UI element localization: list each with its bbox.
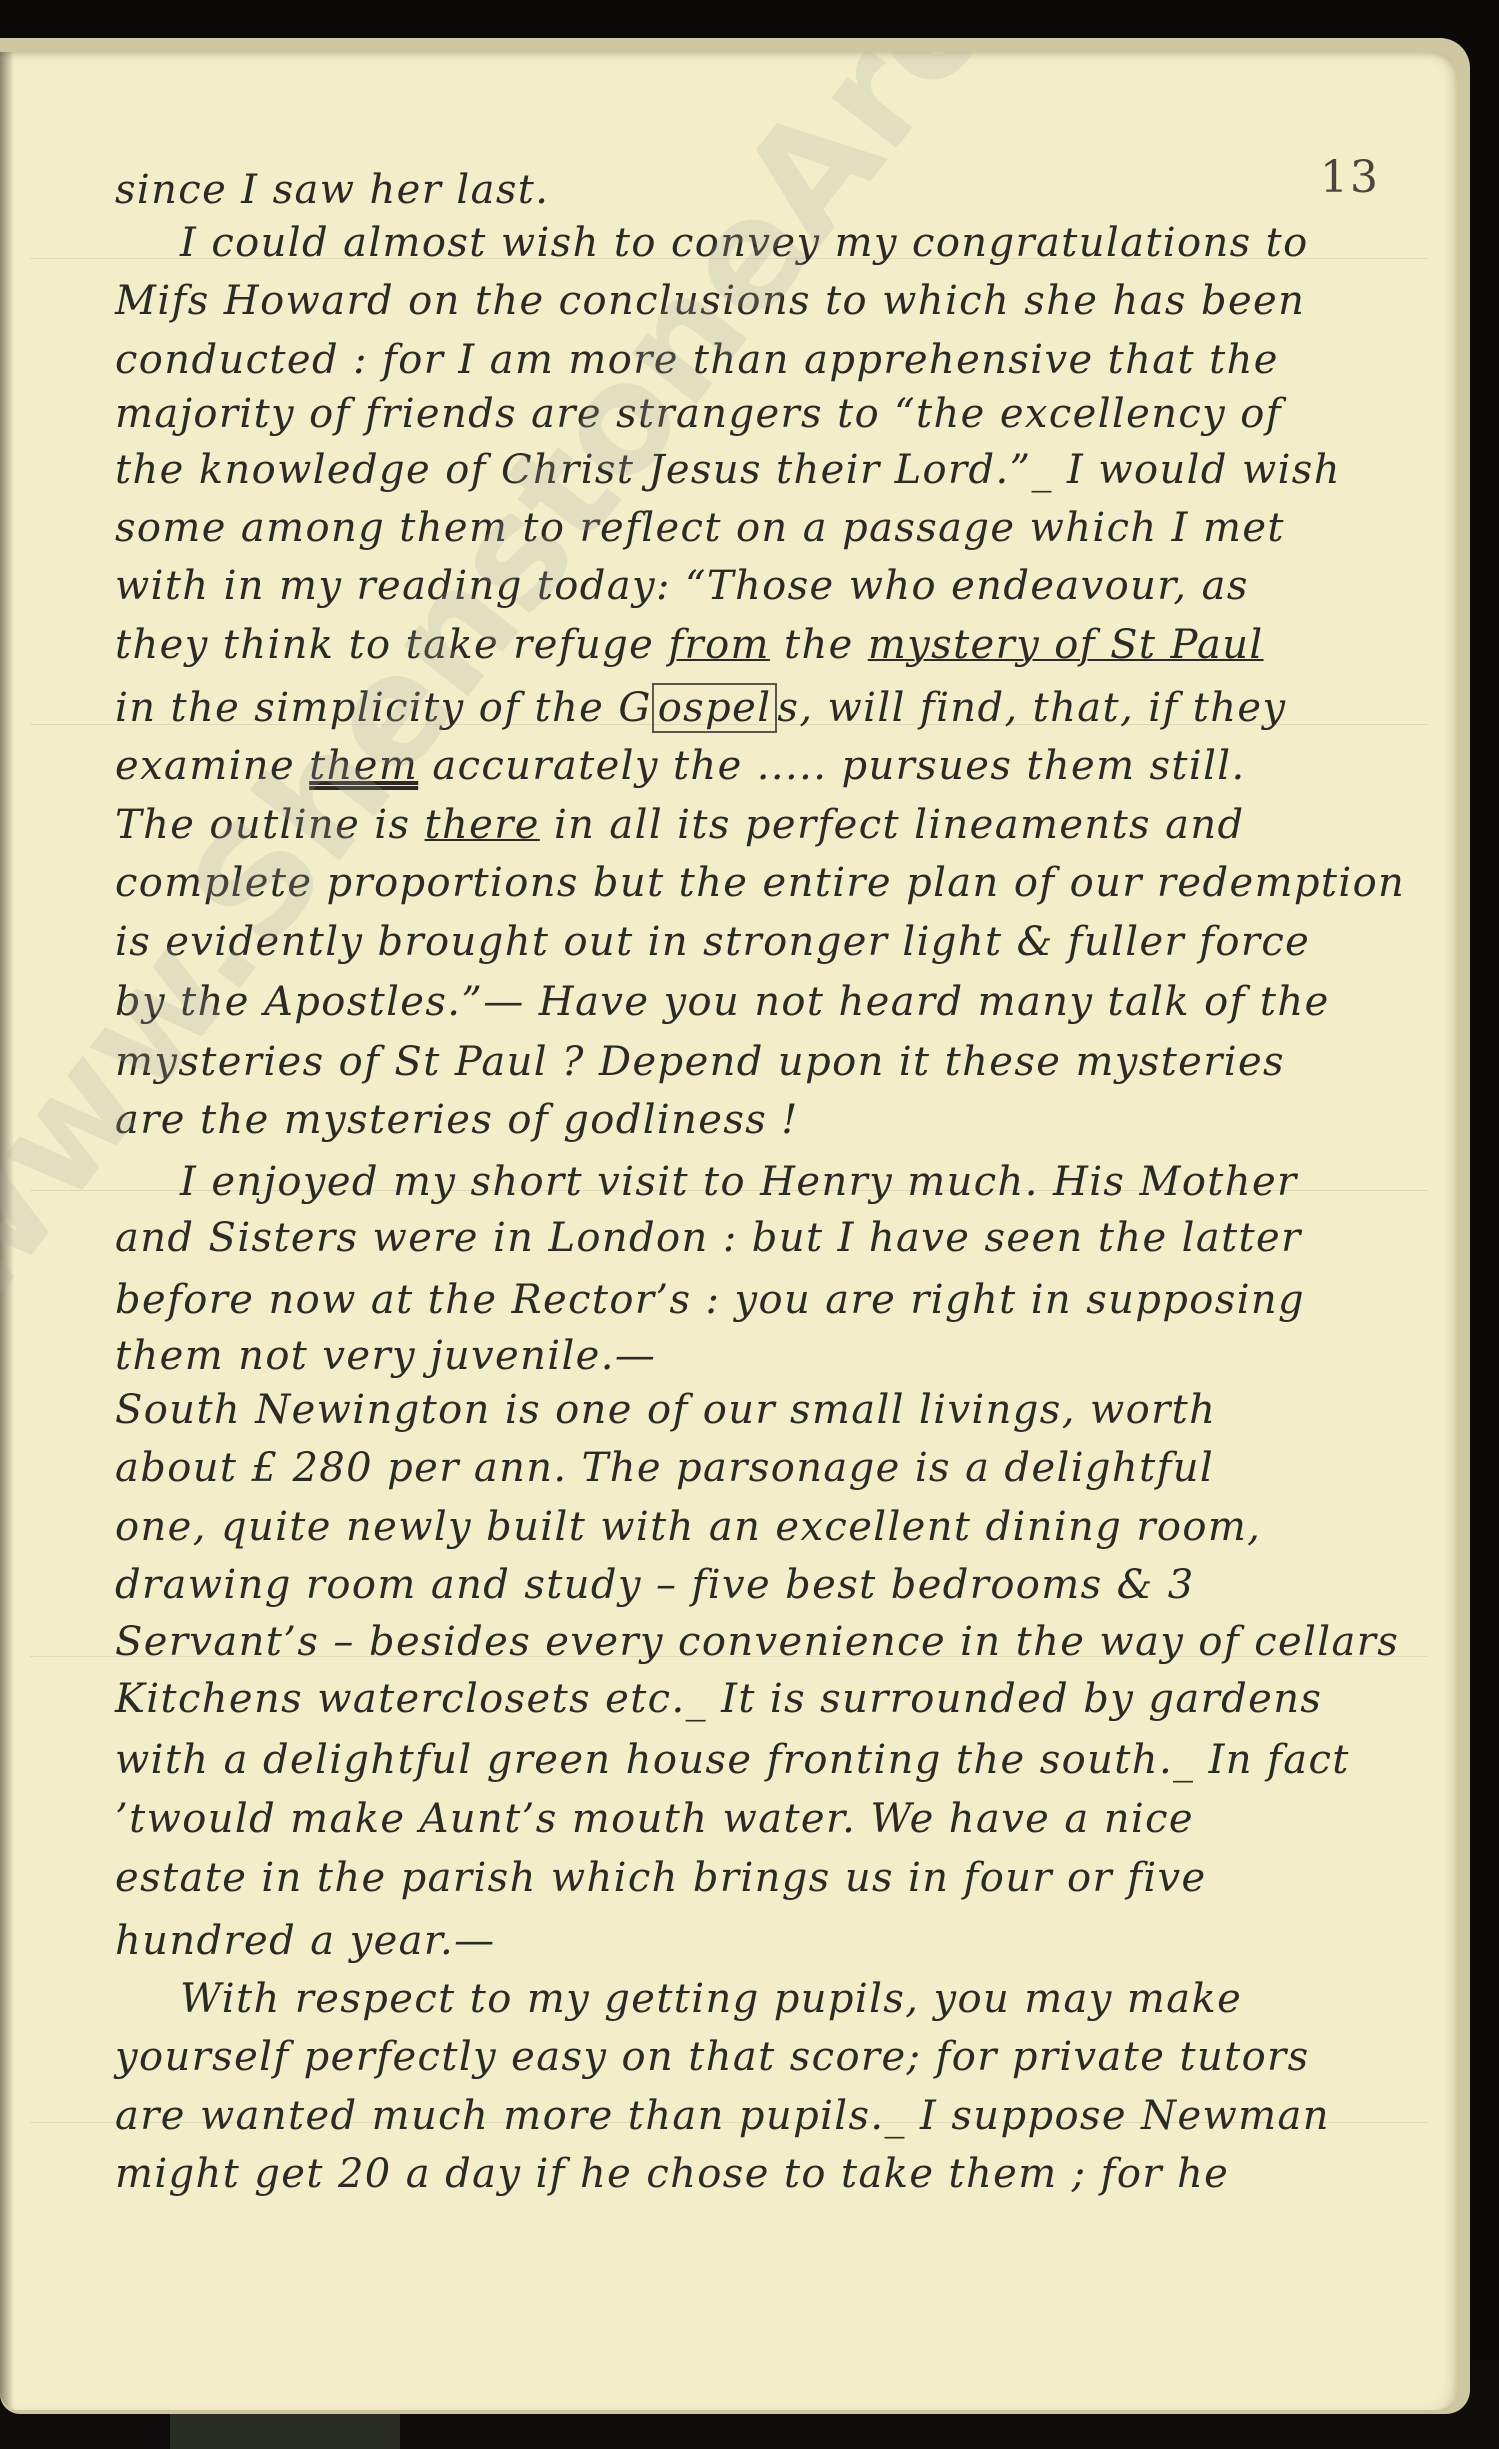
line-text: s, will find, that, if they [777,685,1286,731]
text-line: South Newington is one of our small livi… [115,1390,1216,1430]
line-text: the [770,622,868,668]
text-line: the knowledge of Christ Jesus their Lord… [115,450,1341,490]
text-line: drawing room and study – five best bedro… [115,1565,1195,1605]
manuscript-page: 13 since I saw her last. I could almost … [0,52,1458,2410]
text-line: one, quite newly built with an excellent… [115,1507,1261,1547]
text-line: are the mysteries of godliness ! [115,1100,799,1140]
line-text: accurately the ..... pursues them still. [418,743,1245,789]
underlined-word: there [425,802,540,848]
text-line: about £ 280 per ann. The parsonage is a … [115,1448,1214,1488]
text-line: With respect to my getting pupils, you m… [180,1979,1242,2019]
text-line: Kitchens waterclosets etc._ It is surrou… [115,1679,1322,1719]
background-strip [170,2410,400,2449]
text-line: and Sisters were in London : but I have … [115,1218,1302,1258]
text-line: mysteries of St Paul ? Depend upon it th… [115,1042,1285,1082]
text-line: yourself perfectly easy on that score; f… [115,2037,1310,2077]
text-line: complete proportions but the entire plan… [115,863,1405,903]
text-line: ’twould make Aunt’s mouth water. We have… [115,1799,1194,1839]
boxed-correction: ospel [652,683,778,733]
text-line: Mifs Howard on the conclusions to which … [115,281,1305,321]
line-text: The outline is [115,802,425,848]
text-line: conducted : for I am more than apprehens… [115,340,1279,380]
text-line: hundred a year.— [115,1921,496,1961]
text-line: with a delightful green house fronting t… [115,1740,1350,1780]
text-line: examine them accurately the ..... pursue… [115,746,1246,786]
line-text: in all its perfect lineaments and [540,802,1245,848]
text-line: with in my reading today: “Those who end… [115,566,1249,606]
text-line: before now at the Rector’s : you are rig… [115,1280,1305,1320]
text-line: them not very juvenile.— [115,1336,656,1376]
text-line: I enjoyed my short visit to Henry much. … [180,1162,1298,1202]
text-line: by the Apostles.”— Have you not heard ma… [115,982,1330,1022]
text-line: they think to take refuge from the myste… [115,625,1264,665]
text-line: are wanted much more than pupils._ I sup… [115,2096,1330,2136]
text-line: I could almost wish to convey my congrat… [180,223,1309,263]
text-line: The outline is there in all its perfect … [115,805,1245,845]
double-underlined-word: them [309,743,418,789]
underlined-phrase: mystery of St Paul [868,622,1264,668]
text-line: some among them to reflect on a passage … [115,508,1285,548]
underlined-word: from [668,622,770,668]
text-line: Servant’s – besides every convenience in… [115,1622,1399,1662]
line-text: in the simplicity of the G [115,685,652,731]
page-number: 13 [1320,152,1380,203]
text-line: estate in the parish which brings us in … [115,1858,1207,1898]
text-line: since I saw her last. [115,170,549,210]
line-text: examine [115,743,309,789]
text-line: majority of friends are strangers to “th… [115,394,1282,434]
text-line: is evidently brought out in stronger lig… [115,922,1310,962]
text-line: in the simplicity of the Gospels, will f… [115,688,1286,728]
line-text: they think to take refuge [115,622,668,668]
text-line: might get 20 a day if he chose to take t… [115,2154,1229,2194]
